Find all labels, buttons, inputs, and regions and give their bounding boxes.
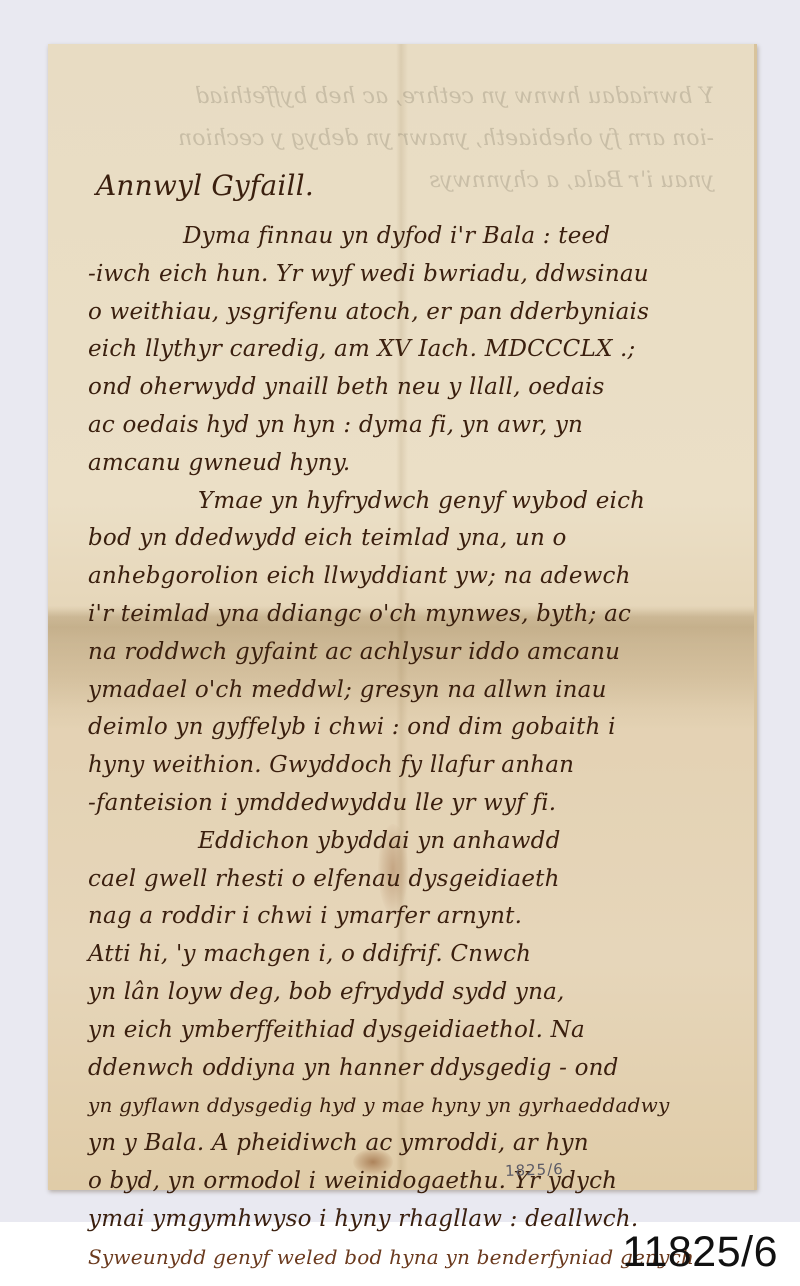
bleed-through-line-2: -ion arn fy ohebiaeth, ynawr yn debyg y … (48, 126, 754, 151)
letter-line: nag a roddir i chwi i ymarfer arnynt. (88, 898, 748, 936)
catalogue-number: 11825/6 (622, 1228, 778, 1277)
letter-line: o byd, yn ormodol i weinidogaethu. Yr yd… (88, 1163, 748, 1201)
letter-line: cael gwell rhesti o elfenau dysgeidiaeth (88, 861, 748, 899)
letter-line: -fanteision i ymddedwyddu lle yr wyf fi. (88, 785, 748, 823)
letter-line: Eddichon ybyddai yn anhawdd (88, 823, 748, 861)
bleed-through-line-1: Y bwriadau hwnw yn cethre, ac heb byffet… (48, 84, 754, 109)
salutation: Annwyl Gyfaill. (88, 160, 748, 212)
letter-line: bod yn ddedwydd eich teimlad yna, un o (88, 520, 748, 558)
letter-line: ond oherwydd ynaill beth neu y llall, oe… (88, 369, 748, 407)
letter-line: na roddwch gyfaint ac achlysur iddo amca… (88, 634, 748, 672)
letter-line: i'r teimlad yna ddiangc o'ch mynwes, byt… (88, 596, 748, 634)
letter-line: -iwch eich hun. Yr wyf wedi bwriadu, ddw… (88, 256, 748, 294)
letter-line: Atti hi, 'y machgen i, o ddifrif. Cnwch (88, 936, 748, 974)
letter-line: yn gyflawn ddysgedig hyd y mae hyny yn g… (88, 1087, 748, 1125)
letter-line: ac oedais hyd yn hyn : dyma fi, yn awr, … (88, 407, 748, 445)
letter-body: Annwyl Gyfaill. Dyma finnau yn dyfod i'r… (88, 160, 748, 1276)
letter-line: eich llythyr caredig, am XV Iach. MDCCCL… (88, 331, 748, 369)
letter-line: amcanu gwneud hyny. (88, 445, 748, 483)
letter-line: o weithiau, ysgrifenu atoch, er pan dder… (88, 294, 748, 332)
letter-line: ddenwch oddiyna yn hanner ddysgedig - on… (88, 1050, 748, 1088)
letter-line: yn eich ymberffeithiad dysgeidiaethol. N… (88, 1012, 748, 1050)
letter-line: yn lân loyw deg, bob efrydydd sydd yna, (88, 974, 748, 1012)
letter-line: Dyma finnau yn dyfod i'r Bala : teed (88, 218, 748, 256)
letter-line: ymadael o'ch meddwl; gresyn na allwn ina… (88, 672, 748, 710)
letter-line: anhebgorolion eich llwyddiant yw; na ade… (88, 558, 748, 596)
letter-line: Ymae yn hyfrydwch genyf wybod eich (88, 483, 748, 521)
letter-line: yn y Bala. A pheidiwch ac ymroddi, ar hy… (88, 1125, 748, 1163)
letter-line: deimlo yn gyffelyb i chwi : ond dim goba… (88, 709, 748, 747)
letter-line: hyny weithion. Gwyddoch fy llafur anhan (88, 747, 748, 785)
archive-stamp: 1825/6 (505, 1160, 564, 1180)
